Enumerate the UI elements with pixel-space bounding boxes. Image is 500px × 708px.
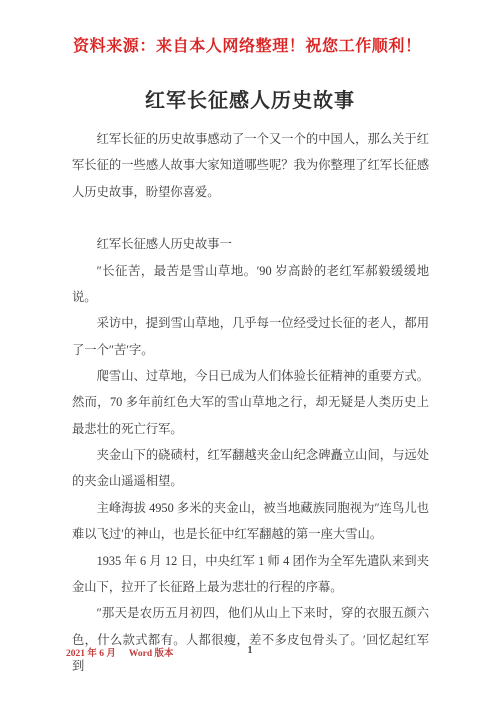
header-source-note: 资料来源：来自本人网络整理！祝您工作顺利！: [73, 33, 473, 56]
page-footer: 2021 年 6 月Word 版本 1: [0, 645, 500, 661]
body-paragraph: 夹金山下的硗碛村，红军翻越夹金山纪念碑矗立山间，与远处的夹金山遥遥相望。: [72, 442, 429, 495]
document-title: 红军长征感人历史故事: [0, 84, 500, 113]
body-paragraph: ″那天是农历五月初四，他们从山上下来时，穿的衣服五颜六色，什么款式都有。人都很瘦…: [72, 600, 429, 679]
document-body: 红军长征的历史故事感动了一个又一个的中国人，那么关于红军长征的一些感人故事大家知…: [72, 126, 429, 679]
body-paragraph: 红军长征的历史故事感动了一个又一个的中国人，那么关于红军长征的一些感人故事大家知…: [72, 126, 429, 205]
body-paragraph: ″长征苦，最苦是雪山草地。′90 岁高龄的老红军郝毅缓缓地说。: [72, 258, 429, 311]
body-paragraph: 1935 年 6 月 12 日，中央红军 1 师 4 团作为全军先遣队来到夹金山…: [72, 548, 429, 601]
section-heading: 红军长征感人历史故事一: [72, 231, 429, 257]
document-page: 资料来源：来自本人网络整理！祝您工作顺利！ 红军长征感人历史故事 红军长征的历史…: [0, 0, 500, 708]
body-paragraph: 主峰海拔 4950 多米的夹金山，被当地藏族同胞视为″连鸟儿也难以飞过′的神山，…: [72, 495, 429, 548]
page-number: 1: [0, 645, 500, 656]
body-paragraph: 采访中，提到雪山草地，几乎每一位经受过长征的老人，都用了一个″苦′字。: [72, 310, 429, 363]
body-paragraph: 爬雪山、过草地，今日已成为人们体验长征精神的重要方式。然而，70 多年前红色大军…: [72, 363, 429, 442]
